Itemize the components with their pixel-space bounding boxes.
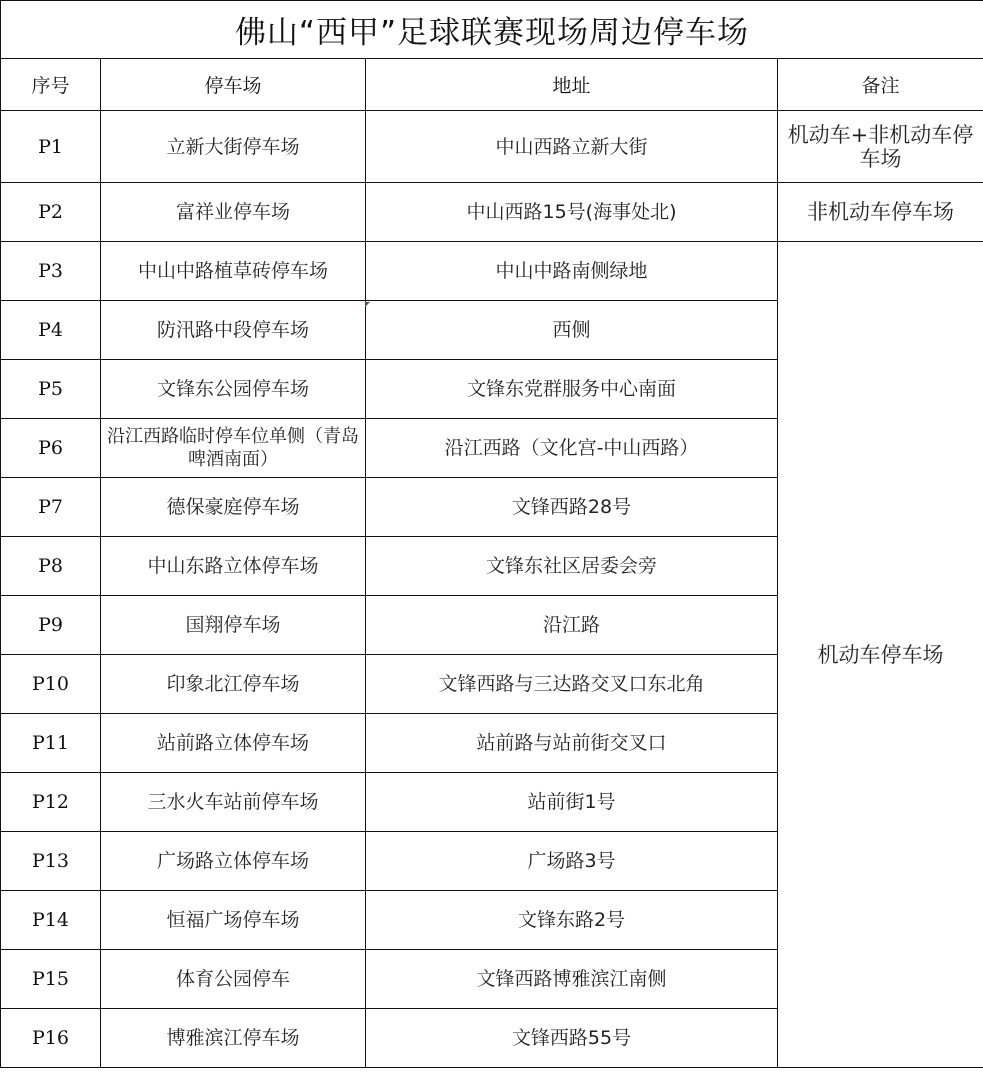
parking-table: 佛山“西甲”足球联赛现场周边停车场 序号 停车场 地址 备注 P1 立新大街停车… xyxy=(0,0,983,1068)
cell-id: P9 xyxy=(1,596,101,655)
cell-address: 站前街1号 xyxy=(366,773,778,832)
cell-name: 三水火车站前停车场 xyxy=(101,773,366,832)
header-address: 地址 xyxy=(366,59,778,111)
cell-address: 中山中路南侧绿地 xyxy=(366,242,778,301)
header-id: 序号 xyxy=(1,59,101,111)
cell-name: 恒福广场停车场 xyxy=(101,891,366,950)
cell-id: P12 xyxy=(1,773,101,832)
cell-name: 沿江西路临时停车位单侧（青岛啤酒南面） xyxy=(101,419,366,478)
cell-name: 博雅滨江停车场 xyxy=(101,1009,366,1068)
cell-address: 文锋西路与三达路交叉口东北角 xyxy=(366,655,778,714)
cell-address: 中山西路15号(海事处北) xyxy=(366,183,778,242)
cell-address: 中山西路立新大街 xyxy=(366,111,778,183)
cell-note: 非机动车停车场 xyxy=(778,183,983,242)
cell-address: 广场路3号 xyxy=(366,832,778,891)
cell-id: P2 xyxy=(1,183,101,242)
cell-id: P3 xyxy=(1,242,101,301)
cell-address: 沿江路 xyxy=(366,596,778,655)
cell-name: 中山中路植草砖停车场 xyxy=(101,242,366,301)
title-row: 佛山“西甲”足球联赛现场周边停车场 xyxy=(1,1,983,59)
cell-id: P13 xyxy=(1,832,101,891)
cell-address: 文锋东社区居委会旁 xyxy=(366,537,778,596)
cell-id: P4 xyxy=(1,301,101,360)
cell-name: 德保豪庭停车场 xyxy=(101,478,366,537)
cell-address: 西侧 xyxy=(366,301,778,360)
table-row: P2 富祥业停车场 中山西路15号(海事处北) 非机动车停车场 xyxy=(1,183,983,242)
cell-name: 站前路立体停车场 xyxy=(101,714,366,773)
cell-name: 体育公园停车 xyxy=(101,950,366,1009)
table-title: 佛山“西甲”足球联赛现场周边停车场 xyxy=(1,1,983,59)
cell-name: 富祥业停车场 xyxy=(101,183,366,242)
cell-note-merged: 机动车停车场 xyxy=(778,242,983,1068)
table-row: P3 中山中路植草砖停车场 中山中路南侧绿地 机动车停车场 xyxy=(1,242,983,301)
cell-id: P10 xyxy=(1,655,101,714)
cell-id: P7 xyxy=(1,478,101,537)
cell-name: 中山东路立体停车场 xyxy=(101,537,366,596)
cell-address: 文锋东党群服务中心南面 xyxy=(366,360,778,419)
cell-name: 国翔停车场 xyxy=(101,596,366,655)
cell-name: 立新大街停车场 xyxy=(101,111,366,183)
cell-id: P5 xyxy=(1,360,101,419)
header-row: 序号 停车场 地址 备注 xyxy=(1,59,983,111)
cell-name: 印象北江停车场 xyxy=(101,655,366,714)
cell-id: P8 xyxy=(1,537,101,596)
header-note: 备注 xyxy=(778,59,983,111)
cell-name: 防汛路中段停车场 xyxy=(101,301,366,360)
cell-address: 站前路与站前街交叉口 xyxy=(366,714,778,773)
cell-id: P16 xyxy=(1,1009,101,1068)
cell-address: 文锋东路2号 xyxy=(366,891,778,950)
comment-marker-icon xyxy=(365,302,370,307)
cell-address: 文锋西路博雅滨江南侧 xyxy=(366,950,778,1009)
cell-name: 广场路立体停车场 xyxy=(101,832,366,891)
table-row: P1 立新大街停车场 中山西路立新大街 机动车+非机动车停车场 xyxy=(1,111,983,183)
cell-id: P11 xyxy=(1,714,101,773)
cell-address: 文锋西路28号 xyxy=(366,478,778,537)
header-name: 停车场 xyxy=(101,59,366,111)
cell-note: 机动车+非机动车停车场 xyxy=(778,111,983,183)
cell-id: P1 xyxy=(1,111,101,183)
cell-id: P6 xyxy=(1,419,101,478)
cell-address: 沿江西路（文化宫-中山西路） xyxy=(366,419,778,478)
cell-address: 文锋西路55号 xyxy=(366,1009,778,1068)
cell-name: 文锋东公园停车场 xyxy=(101,360,366,419)
cell-id: P15 xyxy=(1,950,101,1009)
cell-id: P14 xyxy=(1,891,101,950)
